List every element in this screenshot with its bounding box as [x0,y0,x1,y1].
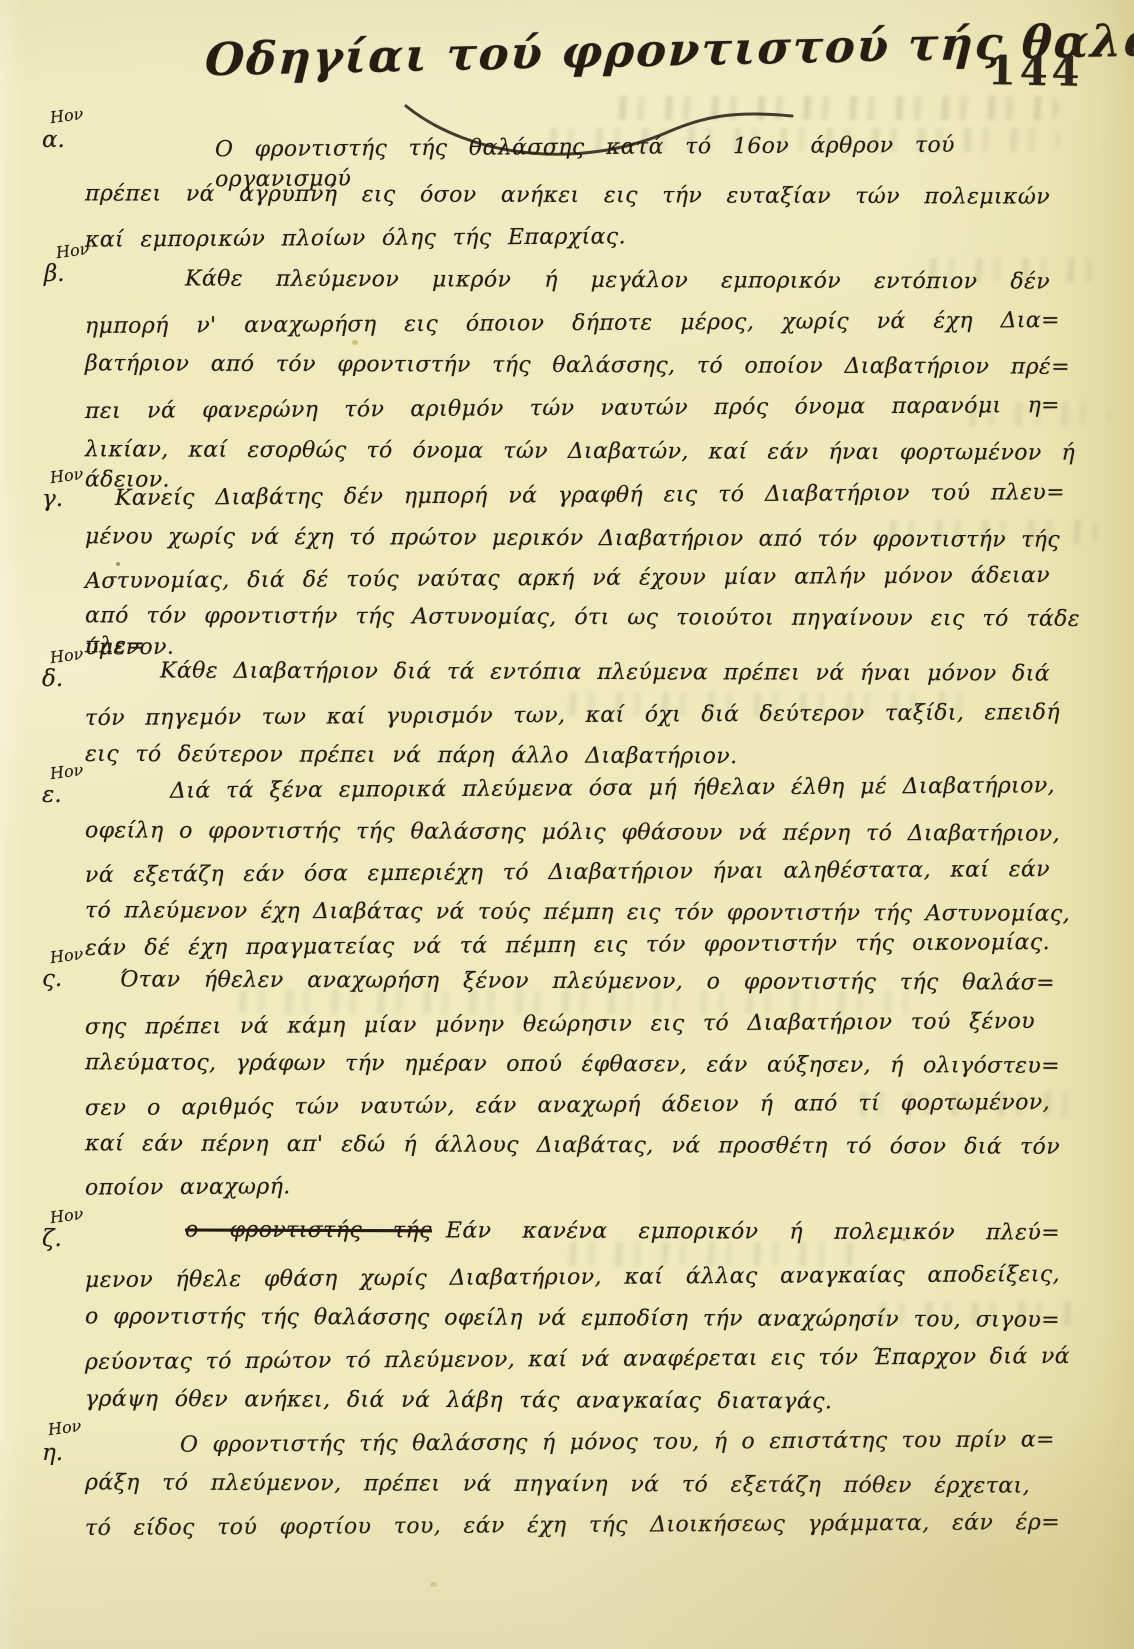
margin-marker-letter-d: δ. [42,666,63,692]
ink-speck [116,562,120,566]
text-line: ρεύοντας τό πρώτον τό πλεύμενον, καί νά … [85,1342,1070,1378]
text-line: πει νά φανερώνη τόν αριθμόν τών ναυτών π… [85,391,1060,427]
margin-marker-word-a: Ηον [49,104,85,127]
strikethrough-text: ο φροντιστής τής [185,1217,432,1243]
text-line-continuation: Εάν κανένα εμπορικόν ή πολεμικόν πλεύ= [446,1218,1060,1245]
margin-marker-word-d: Ηον [49,644,85,667]
text-line: τόν πηγεμόν των καί γυρισμόν των, καί όχ… [85,698,1060,734]
text-line: μενον ήθελε φθάση χωρίς Διαβατήριον, καί… [85,1260,1060,1296]
text-line: Αστυνομίας, διά δέ τούς ναύτας αρκή νά έ… [85,561,1050,597]
text-line: οφείλη ο φροντιστής τής θαλάσσης μόλις φ… [85,816,1060,849]
margin-marker-word-st: Ηον [49,944,85,967]
text-line: Κάθε Διαβατήριον διά τά εντόπια πλεύμενα… [160,656,1050,689]
text-line: ράξη τό πλεύμενον, πρέπει νά πηγαίνη νά … [85,1468,1030,1501]
page-number: 144 [988,47,1084,96]
bleedthrough-ghost [610,96,1060,120]
text-line: βατήριον από τόν φροντιστήν τής θαλάσσης… [85,349,1070,382]
text-line: πρέπει νά αγρυπνή εις όσον ανήκει εις τή… [85,179,1050,212]
margin-marker-letter-st: ς. [42,966,62,992]
margin-marker-word-g: Ηον [49,464,85,487]
text-line: πλεύματος, γράφων τήν ημέραν οπού έφθασε… [85,1048,1060,1081]
text-line: εάν δέ έχη πραγματείας νά τά πέμπη εις τ… [85,928,1050,964]
margin-marker-letter-a: α. [42,127,65,153]
text-line: Ο φροντιστής τής θαλάσσης ή μόνος του, ή… [180,1425,1055,1460]
text-line: τό πλεύμενον έχη Διαβάτας νά τούς πέμπη … [85,896,1070,929]
text-line: Κανείς Διαβάτης δέν ημπορή νά γραφθή εις… [115,478,1065,514]
text-line: οποίον αναχωρή. [85,1172,291,1203]
text-line: Διά τά ξένα εμπορικά πλεύμενα όσα μή ήθε… [170,771,1055,806]
text-line: ημπορή ν' αναχωρήση εις όποιον δήποτε μέ… [85,306,1060,342]
text-line: σης πρέπει νά κάμη μίαν μόνην θεώρησιν ε… [85,1007,1035,1043]
margin-marker-word-z: Ηον [49,1204,85,1227]
margin-marker-word-h: Ηον [47,1416,83,1439]
margin-marker-letter-g: γ. [42,486,63,512]
text-line: ο φροντιστής τήςΕάν κανένα εμπορικόν ή π… [185,1215,1060,1248]
text-line: καί εμπορικών πλοίων όλης τής Επαρχίας. [85,222,626,255]
text-line: Όταν ήθελεν αναχωρήση ξένον πλεύμενον, ο… [120,965,1055,998]
text-line: από τόν φροντιστήν τής Αστυνομίας, ότι ω… [85,601,1080,664]
margin-marker-letter-z: ζ. [42,1226,62,1252]
text-line: Κάθε πλεύμενον μικρόν ή μεγάλον εμπορικό… [185,264,1050,297]
page-title: Οδηγίαι τού φροντιστού τής θαλάσσης [204,19,896,87]
margin-marker-letter-h: η. [42,1440,63,1466]
margin-marker-word-e: Ηον [49,760,85,783]
text-line: μένου χωρίς νά έχη τό πρώτον μερικόν Δια… [85,522,1060,555]
text-line: εις τό δεύτερον πρέπει νά πάρη άλλο Διαβ… [85,740,738,772]
text-line: νά εξετάζη εάν όσα εμπεριέχη τό Διαβατήρ… [85,855,1050,891]
manuscript-page: Οδηγίαι τού φροντιστού τής θαλάσσης 144 … [0,0,1134,1649]
margin-marker-letter-b: β. [44,261,65,287]
text-line: καί εάν πέρνη απ' εδώ ή άλλους Διαβάτας,… [85,1129,1060,1162]
text-line: γράψη όθεν ανήκει, διά νά λάβη τάς αναγκ… [85,1385,832,1418]
text-line: σεν ο αριθμός τών ναυτών, εάν αναχωρή άδ… [85,1088,1050,1124]
text-line: τό είδος τού φορτίου του, εάν έχη τής Δι… [85,1508,1060,1544]
margin-marker-letter-e: ε. [42,782,62,808]
ink-speck [352,340,358,345]
ink-speck [430,1582,437,1587]
text-line: ο φροντιστής τής θαλάσσης οφείλη νά εμπο… [85,1302,1060,1335]
